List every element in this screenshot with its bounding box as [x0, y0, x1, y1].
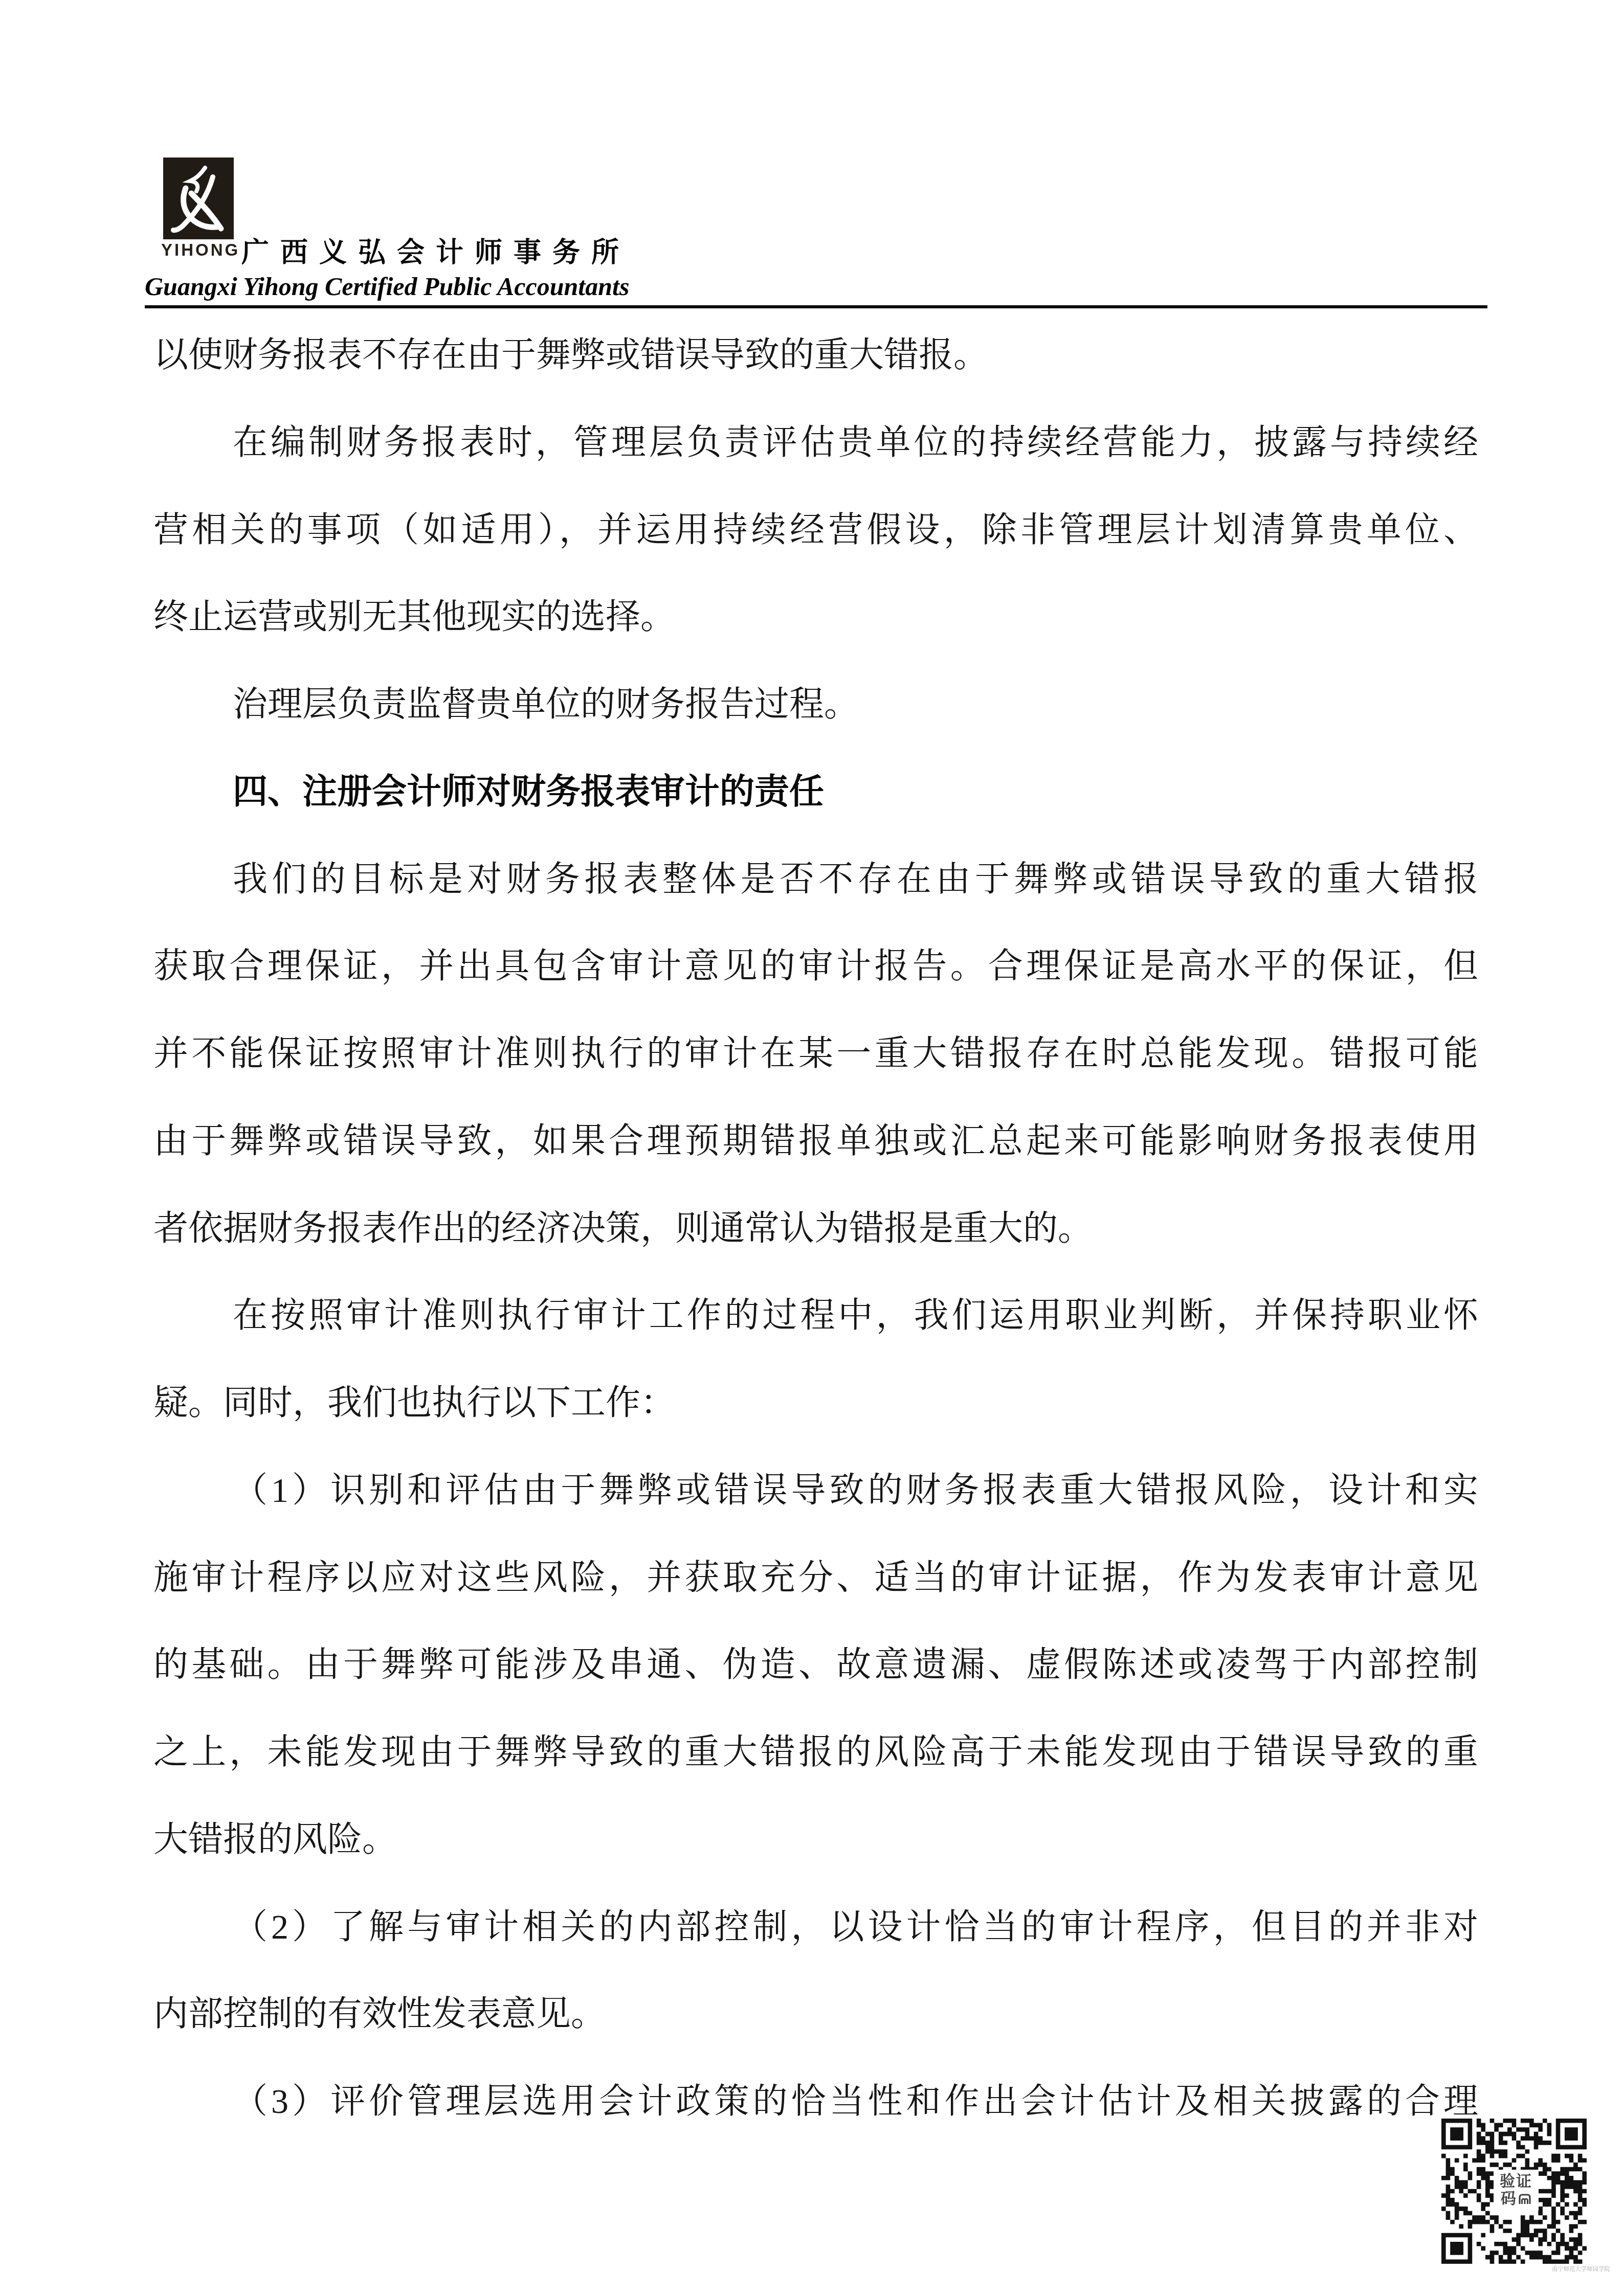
- company-name-cn: 广西义弘会计师事务所: [241, 237, 630, 268]
- body-text-line: 获取合理保证，并出具包含审计意见的审计报告。合理保证是高水平的保证，但: [153, 922, 1478, 1010]
- body-text-line: 疑。同时，我们也执行以下工作：: [153, 1359, 1478, 1447]
- body-text-line: 施审计程序以应对这些风险，并获取充分、适当的审计证据，作为发表审计意见: [153, 1534, 1478, 1622]
- qr-label-line1: 验证: [1500, 2173, 1532, 2190]
- logo-wordmark: YIHONG: [161, 240, 236, 260]
- body-text-line: 大错报的风险。: [153, 1796, 1478, 1883]
- company-name-en: Guangxi Yihong Certified Public Accounta…: [145, 272, 629, 301]
- body-text-line: （1）识别和评估由于舞弊或错误导致的财务报表重大错报风险，设计和实: [153, 1447, 1478, 1534]
- body-text-line: 之上，未能发现由于舞弊导致的重大错报的风险高于未能发现由于错误导致的重: [153, 1708, 1478, 1796]
- header-rule: [145, 305, 1487, 308]
- body-text-line: 营相关的事项（如适用），并运用持续经营假设，除非管理层计划清算贵单位、: [153, 486, 1478, 574]
- body-text-line: 由于舞弊或错误导致，如果合理预期错报单独或汇总起来可能影响财务报表使用: [153, 1097, 1478, 1185]
- qr-label: 验证 码: [1494, 2170, 1539, 2211]
- body-text-line: 并不能保证按照审计准则执行的审计在某一重大错报存在时总能发现。错报可能: [153, 1010, 1478, 1097]
- body-text-line: （2）了解与审计相关的内部控制，以设计恰当的审计程序，但目的并非对: [153, 1883, 1478, 1971]
- body-text-line: 内部控制的有效性发表意见。: [153, 1970, 1478, 2058]
- body-text-line: 的基础。由于舞弊可能涉及串通、伪造、故意遗漏、虚假陈述或凌驾于内部控制: [153, 1621, 1478, 1708]
- body-text-line: 终止运营或别无其他现实的选择。: [153, 573, 1478, 661]
- qr-label-line2: 码: [1501, 2190, 1517, 2208]
- qr-label-m-icon: [1518, 2192, 1531, 2205]
- qr-caption: 南宁师范大学师园学院: [1552, 2265, 1610, 2273]
- body-text-line: 以使财务报表不存在由于舞弊或错误导致的重大错报。: [153, 311, 1478, 399]
- body-text-line: 者依据财务报表作出的经济决策，则通常认为错报是重大的。: [153, 1185, 1478, 1272]
- report-body: 以使财务报表不存在由于舞弊或错误导致的重大错报。在编制财务报表时，管理层负责评估…: [153, 311, 1478, 2145]
- body-text-line: 在编制财务报表时，管理层负责评估贵单位的持续经营能力，披露与持续经: [153, 399, 1478, 486]
- section-heading-line: 四、注册会计师对财务报表审计的责任: [153, 748, 1478, 836]
- yihong-logo-icon: [163, 157, 234, 239]
- body-text-line: （3）评价管理层选用会计政策的恰当性和作出会计估计及相关披露的合理: [153, 2058, 1478, 2145]
- body-text-line: 在按照审计准则执行审计工作的过程中，我们运用职业判断，并保持职业怀: [153, 1272, 1478, 1359]
- body-text-line: 我们的目标是对财务报表整体是否不存在由于舞弊或错误导致的重大错报: [153, 836, 1478, 923]
- document-page: YIHONG 广西义弘会计师事务所 Guangxi Yihong Certifi…: [0, 0, 1624, 2296]
- body-text-line: 治理层负责监督贵单位的财务报告过程。: [153, 661, 1478, 748]
